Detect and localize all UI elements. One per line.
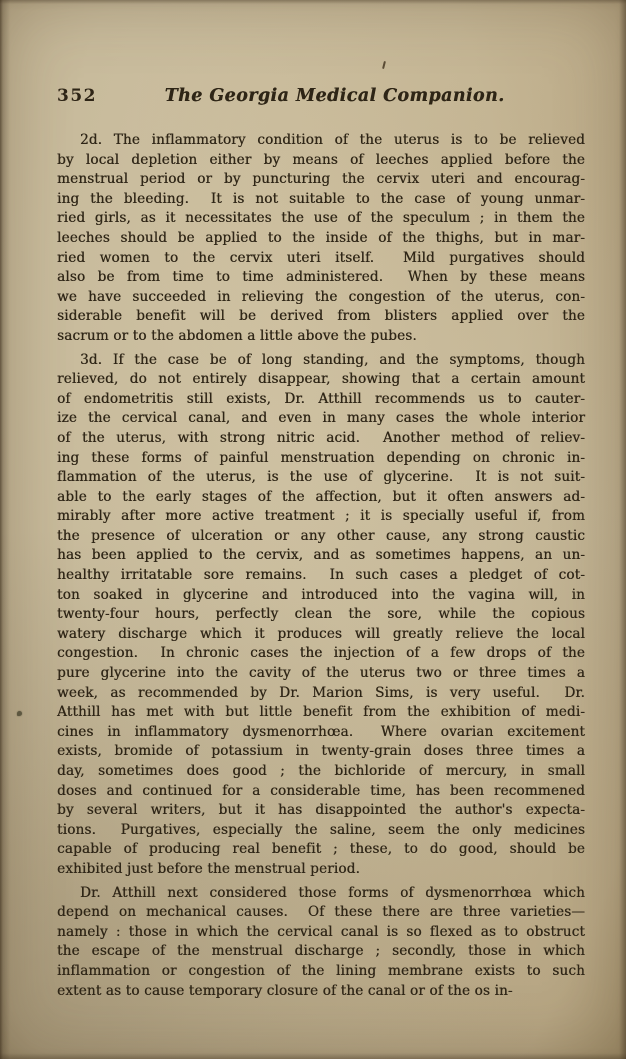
page-text: 2d. The inflammatory condition of the ut… [57,131,585,1001]
text-line: healthy irritatable sore remains. In suc… [57,566,585,586]
ink-speck-mark [17,711,22,716]
paragraph: Dr. Atthill next considered those forms … [57,884,585,1002]
text-line: ing these forms of painful menstruation … [57,449,585,469]
text-line: the escape of the menstrual discharge ; … [57,942,585,962]
text-line: day, sometimes does good ; the bichlorid… [57,762,585,782]
text-line: twenty-four hours, perfectly clean the s… [57,605,585,625]
text-line: exists, bromide of potassium in twenty-g… [57,742,585,762]
text-line: ried girls, as it necessitates the use o… [57,209,585,229]
running-title: The Georgia Medical Companion. [165,86,505,106]
text-line: ize the cervical canal, and even in many… [57,409,585,429]
text-line: namely : those in which the cervical can… [57,923,585,943]
text-line: by several writers, but it has disappoin… [57,801,585,821]
paragraph: 2d. The inflammatory condition of the ut… [57,131,585,347]
text-line: able to the early stages of the affectio… [57,488,585,508]
text-line: by local depletion either by means of le… [57,151,585,171]
page-number: 352 [57,86,97,106]
text-line: has been applied to the cervix, and as s… [57,546,585,566]
text-line: Dr. Atthill next considered those forms … [57,884,585,904]
page-header: 352 The Georgia Medical Companion. [57,86,585,110]
text-line: ing the bleeding. It is not suitable to … [57,190,585,210]
text-line: doses and continued for a considerable t… [57,782,585,802]
text-line: the presence of ulceration or any other … [57,527,585,547]
text-line: mirably after more active treatment ; it… [57,507,585,527]
text-line: inflammation or congestion of the lining… [57,962,585,982]
text-line: Atthill has met with but little benefit … [57,703,585,723]
text-line: cines in inflammatory dysmenorrhœa. Wher… [57,723,585,743]
text-line: of the uterus, with strong nitric acid. … [57,429,585,449]
text-line: extent as to cause temporary closure of … [57,982,585,1002]
text-line: congestion. In chronic cases the injecti… [57,644,585,664]
text-line: depend on mechanical causes. Of these th… [57,903,585,923]
text-line: ton soaked in glycerine and introduced i… [57,586,585,606]
text-line: tions. Purgatives, especially the saline… [57,821,585,841]
text-line: watery discharge which it produces will … [57,625,585,645]
text-line: we have succeeded in relieving the conge… [57,288,585,308]
text-line: also be from time to time administered. … [57,268,585,288]
paragraph: 3d. If the case be of long standing, and… [57,351,585,880]
text-line: flammation of the uterus, is the use of … [57,468,585,488]
text-line: of endometritis still exists, Dr. Atthil… [57,390,585,410]
text-line: relieved, do not entirely disappear, sho… [57,370,585,390]
text-line: exhibited just before the menstrual peri… [57,860,585,880]
text-line: week, as recommended by Dr. Marion Sims,… [57,684,585,704]
book-page: 352 The Georgia Medical Companion. 2d. T… [0,0,626,1059]
text-line: capable of producing real benefit ; thes… [57,840,585,860]
text-line: 2d. The inflammatory condition of the ut… [57,131,585,151]
stray-ink-tick-mark [382,61,386,69]
text-line: sacrum or to the abdomen a little above … [57,327,585,347]
text-line: leeches should be applied to the inside … [57,229,585,249]
text-line: 3d. If the case be of long standing, and… [57,351,585,371]
text-line: menstrual period or by puncturing the ce… [57,170,585,190]
text-line: pure glycerine into the cavity of the ut… [57,664,585,684]
text-line: ried women to the cervix uteri itself. M… [57,249,585,269]
text-line: siderable benefit will be derived from b… [57,307,585,327]
